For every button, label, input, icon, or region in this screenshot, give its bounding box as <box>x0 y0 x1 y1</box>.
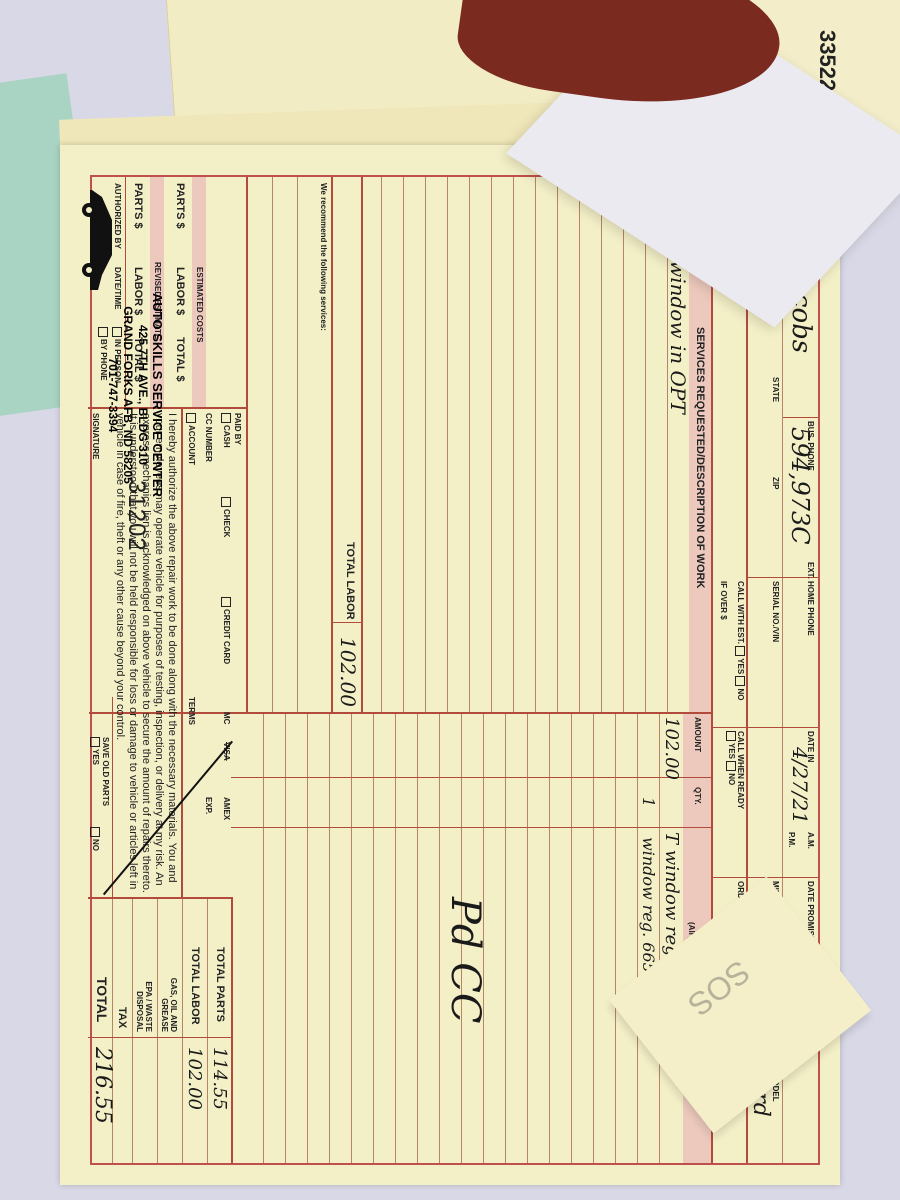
part-2-qty: 1 <box>639 797 658 807</box>
save-parts-no-checkbox[interactable] <box>90 827 100 837</box>
call-est-yes-checkbox[interactable] <box>735 646 745 656</box>
check-checkbox[interactable] <box>221 497 231 507</box>
date-in: 4/27/21 <box>788 747 812 824</box>
car-icon <box>80 185 120 295</box>
total-parts-value: 114.55 <box>209 1047 230 1110</box>
business-phone: 594,973C <box>786 427 814 545</box>
business-name: AUTO SKILLS SERVICE CENTER <box>150 280 165 510</box>
form-number: 31202 <box>122 480 150 552</box>
call-ready-no-checkbox[interactable] <box>726 761 736 771</box>
business-phone-number: 701-747-3394 <box>105 280 120 510</box>
grand-total-value: 216.55 <box>90 1047 115 1124</box>
part-1-amount: 102.00 <box>661 717 682 780</box>
services-total-labor: 102.00 <box>336 637 360 707</box>
save-parts-yes-checkbox[interactable] <box>90 737 100 747</box>
call-ready-yes-checkbox[interactable] <box>726 731 736 741</box>
paid-note: Pd CC <box>442 897 488 1023</box>
cash-checkbox[interactable] <box>221 413 231 423</box>
services-header: SERVICES REQUESTED/DESCRIPTION OF WORK <box>694 327 706 588</box>
business-address-block: AUTO SKILLS SERVICE CENTER 425 7TH AVE.,… <box>95 280 165 510</box>
call-est-no-checkbox[interactable] <box>735 676 745 686</box>
credit-card-checkbox[interactable] <box>221 597 231 607</box>
account-checkbox[interactable] <box>186 413 196 423</box>
total-labor-value: 102.00 <box>184 1047 205 1110</box>
